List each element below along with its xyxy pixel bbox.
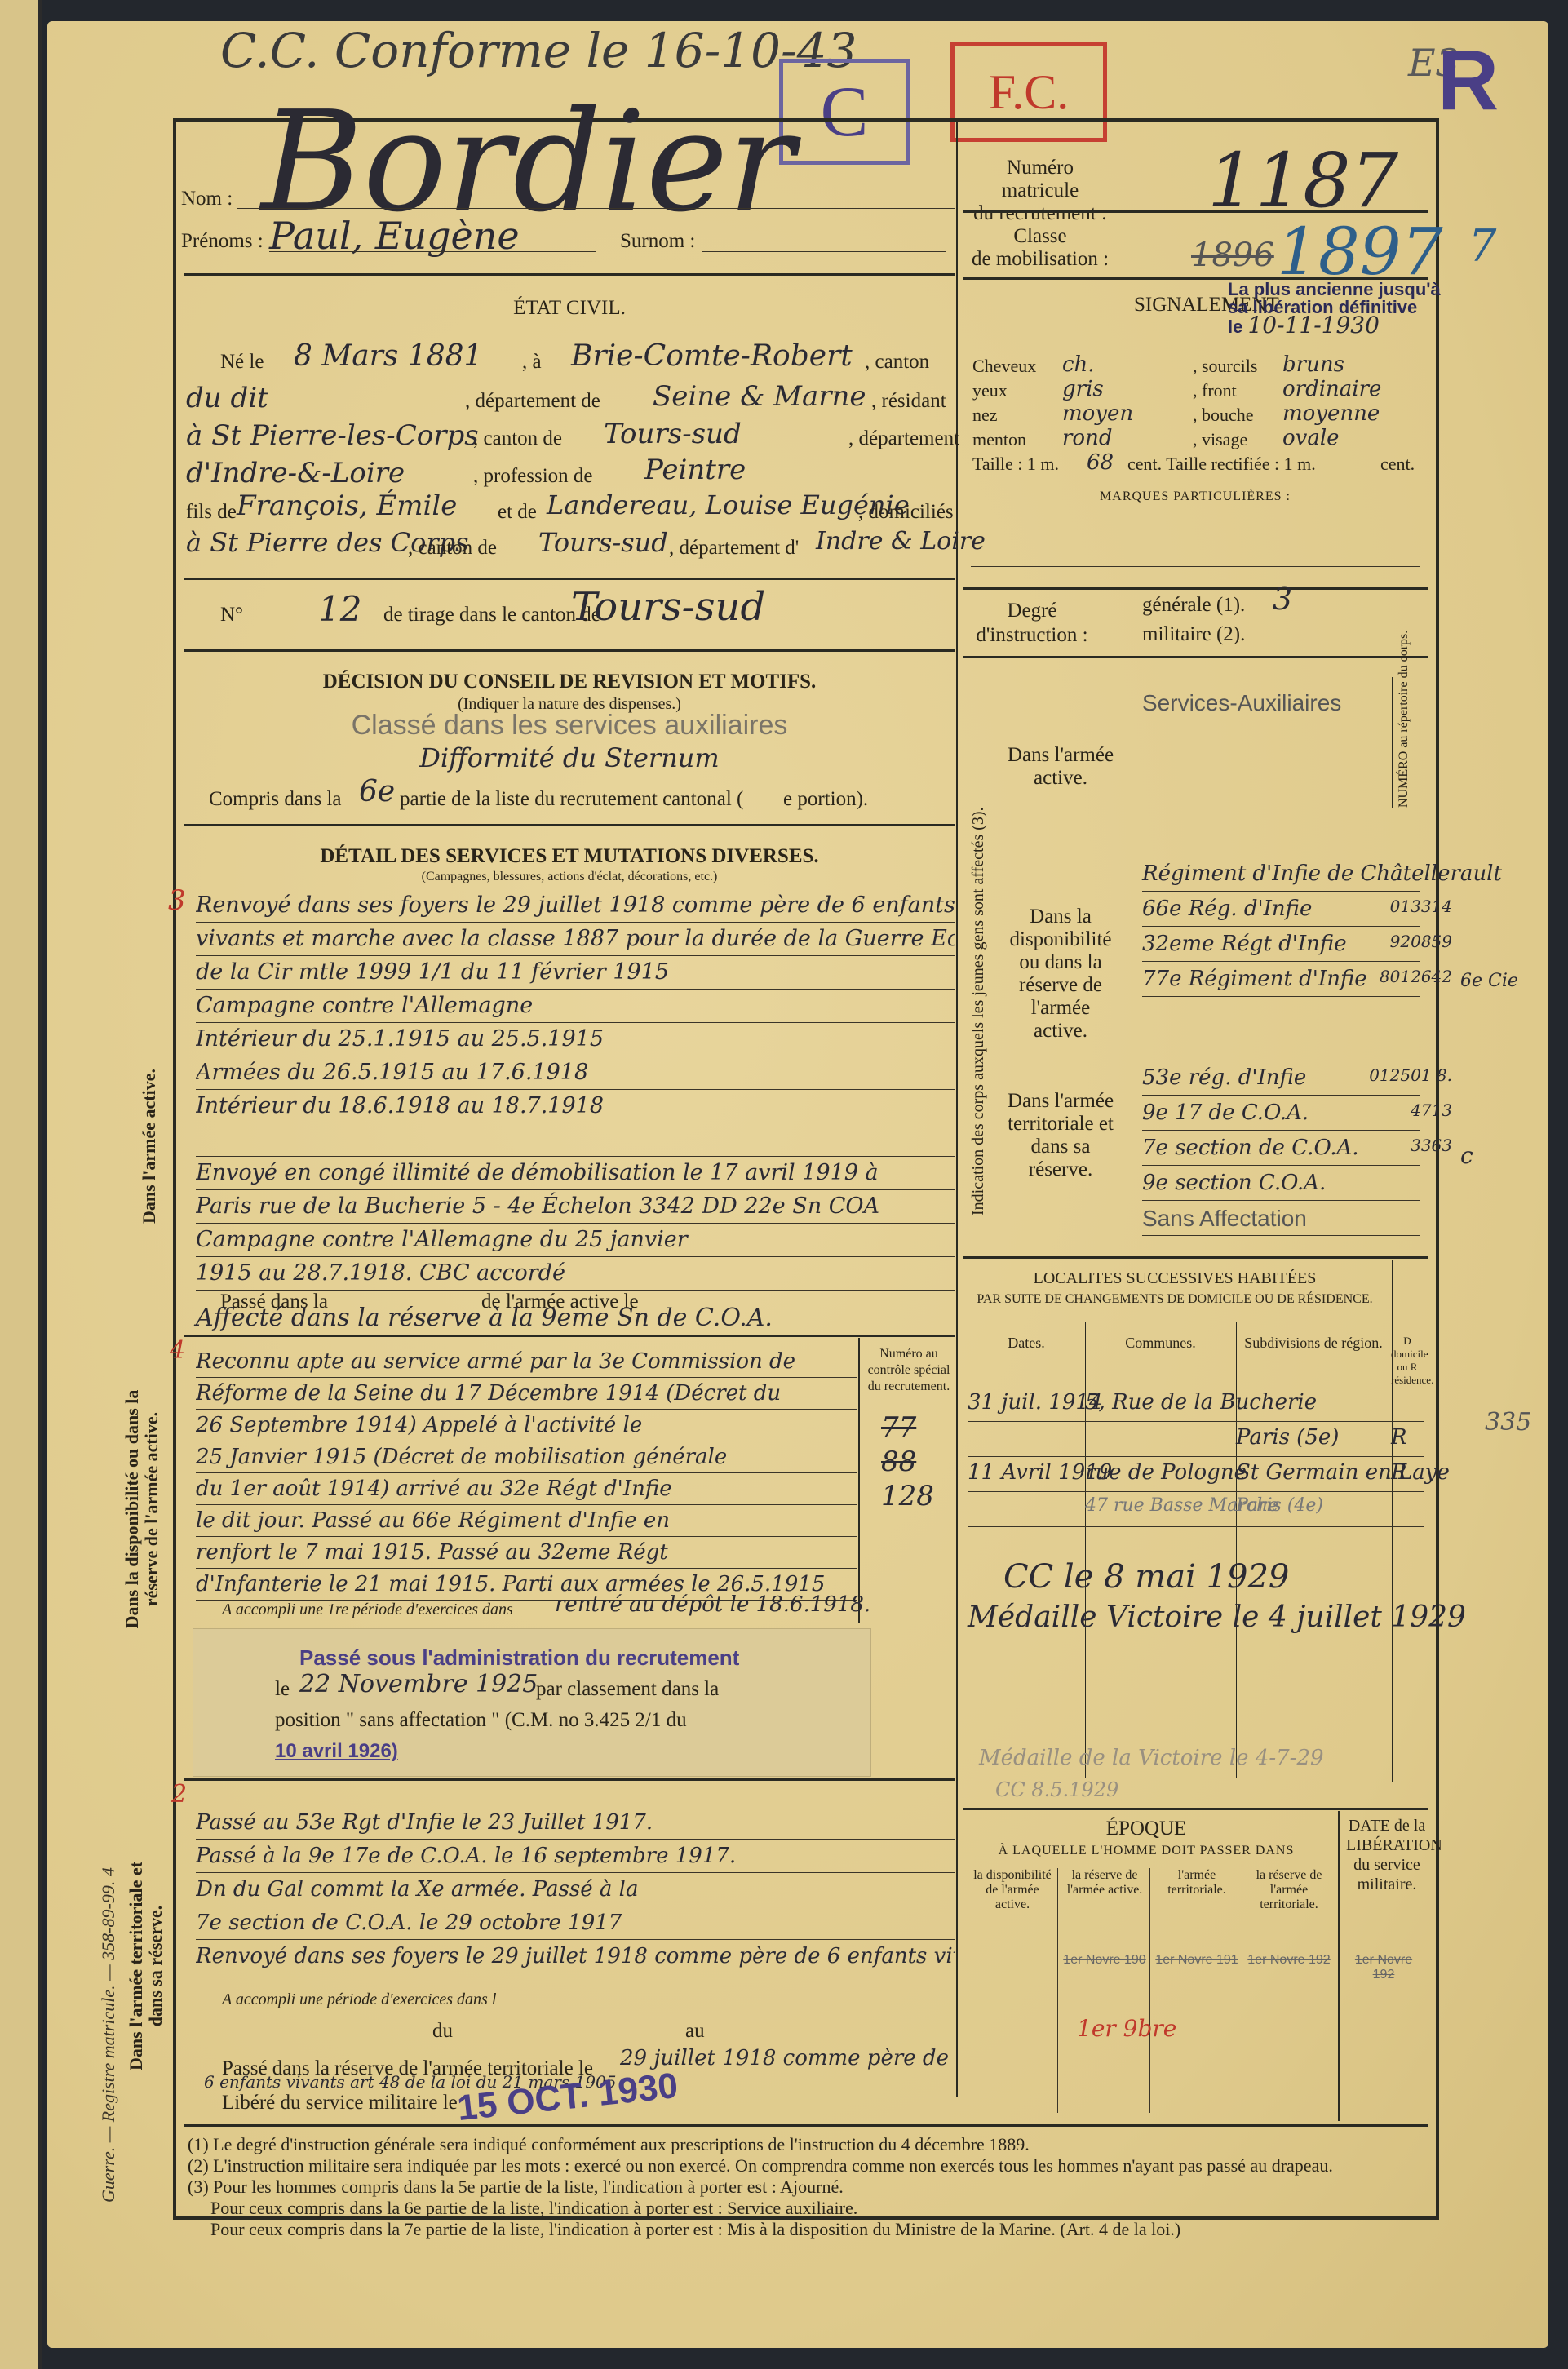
service-line: Campagne contre l'Allemagne (196, 990, 955, 1023)
faint-medal-note: Médaille de la Victoire le 4-7-29 (979, 1746, 1324, 1770)
signalement-value: rond (1062, 426, 1112, 450)
signalement-value: moyen (1062, 401, 1133, 426)
corps-territorial-margin-note: c (1460, 1142, 1473, 1169)
profession-label: , profession de (473, 465, 593, 488)
instruction-label-1: Degré (971, 599, 1093, 623)
footnote: Pour ceux compris dans la 7e partie de l… (188, 2219, 1420, 2240)
stamp-r: R (1437, 33, 1499, 130)
corps-entry-text: Services-Auxiliaires (1142, 690, 1341, 716)
canton-label: , canton (865, 351, 929, 374)
service-line: Envoyé en congé illimité de démobilisati… (196, 1157, 955, 1190)
localities-cell: 31 juil. 1914 (968, 1390, 1085, 1415)
localities-row: 31 juil. 19145, Rue de la Bucherie (968, 1387, 1424, 1422)
corps-reserve-label: Dans la disponibilité ou dans la réserve… (1003, 906, 1118, 1043)
cc-line: CC le 8 mai 1929 (1003, 1558, 1289, 1596)
signalement-label: , visage (1193, 429, 1247, 450)
localities-row: 47 rue Basse MarcheParis (4e) (968, 1492, 1424, 1527)
corps-entry-text: 66e Rég. d'Infie (1142, 897, 1312, 921)
territorial-service-lines: Passé au 53e Rgt d'Infie le 23 Juillet 1… (196, 1806, 955, 1973)
corps-entry: Services-Auxiliaires (1142, 685, 1387, 720)
service-line: Paris rue de la Bucherie 5 - 4e Échelon … (196, 1190, 955, 1224)
from-label: du (432, 2020, 453, 2043)
reserve-service-lines: Reconnu apte au service armé par la 3e C… (196, 1346, 857, 1601)
epoch-struck-date: 1er Novre 190 (1060, 1953, 1149, 1968)
corps-side-label: Indication des corps auxquels les jeunes… (969, 807, 988, 1215)
service-line: 26 Septembre 1914) Appelé à l'activité l… (196, 1410, 857, 1441)
distinguishing-marks-label: MARQUES PARTICULIÈRES : (963, 489, 1428, 504)
signalement-value: gris (1062, 377, 1104, 401)
margin-imprint: Guerre. — Registre matricule. — 358-89-9… (98, 1867, 119, 2203)
territorial-exercise-label: A accompli une période d'exercices dans … (222, 1990, 496, 2009)
localities-cell: St Germain en Laye (1236, 1460, 1391, 1485)
slip-line-1: Passé sous l'administration du recruteme… (299, 1645, 739, 1671)
height-value: 68 (1087, 450, 1114, 475)
services-title: DÉTAIL DES SERVICES ET MUTATIONS DIVERSE… (184, 845, 955, 868)
epoch-struck-date: 1er Novre 192 (1244, 1953, 1334, 1968)
corps-active-entries: Services-Auxiliaires (1142, 685, 1387, 720)
localities-row: Paris (5e)R (968, 1422, 1424, 1457)
cent-label: cent. (1380, 454, 1415, 475)
department-label: , département de (465, 390, 600, 413)
signalement-label: , bouche (1193, 405, 1254, 426)
medal-line: Médaille Victoire le 4 juillet 1929 (968, 1601, 1466, 1634)
service-line: Campagne contre l'Allemagne du 25 janvie… (196, 1224, 955, 1257)
corps-entry: 53e rég. d'Infie012501 8. (1142, 1061, 1420, 1096)
localities-cell: Paris (5e) (1236, 1425, 1391, 1450)
localities-cell: R (1391, 1425, 1424, 1450)
decision-motive: Difformité du Sternum (184, 742, 955, 773)
draw-number-value: 12 (318, 589, 361, 629)
parents-department-label: , département d' (669, 537, 799, 560)
firstnames-label: Prénoms : (181, 230, 264, 253)
column-divider (956, 122, 958, 2097)
corps-entry: 32eme Régt d'Infie920859 (1142, 927, 1420, 962)
height-label: Taille : 1 m. (972, 454, 1059, 475)
active-service-lines: Renvoyé dans ses foyers le 29 juillet 19… (196, 889, 955, 1291)
slip-date: 22 Novembre 1925 (299, 1670, 538, 1698)
service-line: du 1er août 1914) arrivé au 32e Régt d'I… (196, 1473, 857, 1505)
canton-value: du dit (186, 382, 268, 414)
signalement-value: ordinaire (1282, 377, 1381, 401)
epoch-column-header: l'armée territoriale. (1152, 1868, 1242, 1942)
service-line: Intérieur du 25.1.1915 au 25.5.1915 (196, 1023, 955, 1056)
corps-entry-text: 77e Régiment d'Infie (1142, 967, 1367, 991)
signalement-label: yeux (972, 380, 1008, 401)
signalement-row: mentonrond, visageovale (972, 426, 1421, 450)
corps-entry: Sans Affectation (1142, 1201, 1420, 1236)
residence-department-value: d'Indre-&-Loire (186, 457, 405, 489)
localities-row: 11 Avril 1919rue de PologneSt Germain en… (968, 1457, 1424, 1492)
residence-value: à St Pierre-les-Corps (186, 419, 479, 452)
domiciled-label: , domiciliés (858, 501, 954, 524)
service-line: Passé à la 9e 17e de C.O.A. le 16 septem… (196, 1840, 955, 1873)
residence-canton-value: Tours-sud (604, 418, 742, 450)
localities-column-header: D domicile ou R résidence. (1391, 1335, 1424, 1387)
service-line: le dit jour. Passé au 66e Régiment d'Inf… (196, 1505, 857, 1537)
surname-label: Nom : (181, 188, 233, 210)
corps-entry-number: 013314 (1390, 897, 1452, 916)
birthdate-value: 8 Mars 1881 (294, 339, 482, 373)
slip-line-4: 10 avril 1926) (275, 1740, 398, 1763)
territorial-section-marker: 2 (171, 1780, 187, 1809)
corps-active-label: Dans l'armée active. (1003, 744, 1118, 790)
parents-department-value: Indre & Loire (816, 527, 986, 556)
corps-reserve-entries: Régiment d'Infie de Châtellerault66e Rég… (1142, 857, 1420, 997)
epoch-column: la disponibilité de l'armée active. (968, 1868, 1058, 2113)
service-line: 7e section de C.O.A. le 29 octobre 1917 (196, 1906, 955, 1940)
footnote: (2) L'instruction militaire sera indiqué… (188, 2155, 1420, 2176)
birthplace-value: Brie-Comte-Robert (571, 339, 853, 373)
corps-entry: 66e Rég. d'Infie013314 (1142, 892, 1420, 927)
matricule-label-2: du recrutement : (967, 202, 1114, 225)
liberation-date-header: DATE de la LIBÉRATION du service militai… (1346, 1816, 1428, 1894)
signalement-label: , front (1193, 380, 1237, 401)
corps-entry-number: 920859 (1390, 932, 1452, 951)
liberation-stamp-date: 10-11-1930 (1247, 312, 1379, 339)
classe-margin-note: 7 (1468, 220, 1496, 272)
epoch-subtitle: À LAQUELLE L'HOMME DOIT PASSER DANS (963, 1844, 1330, 1858)
service-line: Armées du 26.5.1915 au 17.6.1918 (196, 1056, 955, 1090)
localities-cell: rue de Pologne (1085, 1460, 1236, 1485)
service-line: Réforme de la Seine du 17 Décembre 1914 … (196, 1378, 857, 1410)
military-instruction-label: militaire (2). (1142, 623, 1245, 646)
portion-suffix: e portion). (783, 788, 868, 811)
classe-label-2: de mobilisation : (967, 248, 1114, 271)
draw-number-label: N° (220, 604, 243, 627)
signalement-value: ch. (1062, 352, 1095, 377)
epoch-struck-date: 1er Novre 191 (1152, 1953, 1242, 1968)
service-line: Intérieur du 18.6.1918 au 18.7.1918 (196, 1090, 955, 1123)
slip-line-3: position " sans affectation " (C.M. no 3… (275, 1709, 687, 1732)
signalement-value: moyenne (1282, 401, 1380, 426)
signalement-row: yeuxgris, frontordinaire (972, 377, 1421, 401)
height-suffix: cent. Taille rectifiée : 1 m. (1127, 454, 1316, 475)
corps-entry-text: Régiment d'Infie de Châtellerault (1142, 861, 1502, 886)
corps-entry-text: 9e section C.O.A. (1142, 1171, 1326, 1195)
list-part-label: Compris dans la (209, 788, 342, 811)
signalement-label: menton (972, 429, 1026, 450)
mother-label: et de (498, 501, 537, 524)
parents-canton-label: , canton de (408, 537, 497, 560)
affected-reserve-line: Affecté dans la réserve à la 9eme Sn de … (196, 1304, 773, 1332)
list-part-value: 6e (359, 775, 395, 808)
control-number-values: 7788128 (881, 1411, 955, 1514)
corps-entry: 9e section C.O.A. (1142, 1166, 1420, 1201)
instruction-label-2: d'instruction : (971, 623, 1093, 648)
service-line: Passé au 53e Rgt d'Infie le 23 Juillet 1… (196, 1806, 955, 1840)
conformity-note: C.C. Conforme le 16-10-43 (220, 23, 857, 78)
service-line: vivants et marche avec la classe 1887 po… (196, 923, 955, 956)
control-number: 88 (881, 1446, 955, 1480)
service-line: de la Cir mtle 1999 1/1 du 11 février 19… (196, 956, 955, 990)
list-part-suffix: partie de la liste du recrutement canton… (400, 788, 743, 811)
residing-label: , résidant (871, 390, 946, 413)
localities-cell: 5, Rue de la Bucherie (1085, 1390, 1236, 1415)
corps-entry: 7e section de C.O.A.3363 (1142, 1131, 1420, 1166)
footnotes: (1) Le degré d'instruction générale sera… (188, 2134, 1420, 2240)
repertoire-number-label: NUMÉRO au répertoire du corps. (1397, 631, 1411, 808)
classe-label-1: Classe (967, 225, 1114, 248)
height-row: Taille : 1 m.68cent. Taille rectifiée : … (972, 450, 1421, 475)
general-instruction-label: générale (1). (1142, 594, 1245, 617)
signalement-row: nezmoyen, bouchemoyenne (972, 401, 1421, 426)
father-label: fils de (186, 501, 237, 524)
stamp-fc-text: F.C. (989, 64, 1070, 121)
slip-le-label: le (275, 1678, 290, 1701)
corps-entry: 9e 17 de C.O.A.4713 (1142, 1096, 1420, 1131)
corps-entry-text: 9e 17 de C.O.A. (1142, 1100, 1309, 1125)
service-line: 1915 au 28.7.1918. CBC accordé (196, 1257, 955, 1291)
corps-entry-number: 8012642 (1380, 967, 1452, 986)
liberation-stamp: La plus ancienne jusqu'à sa libération d… (1228, 281, 1441, 336)
exercise-period-value: rentré au dépôt le 18.6.1918. (555, 1592, 870, 1617)
signalement-label: nez (972, 405, 998, 426)
corps-reserve-margin-note: 6e Cie (1460, 971, 1518, 991)
etat-civil-title: ÉTAT CIVIL. (184, 297, 955, 320)
localities-cell: 47 rue Basse Marche (1085, 1495, 1236, 1516)
localities-cell: 11 Avril 1919 (968, 1460, 1085, 1485)
localities-cell: Paris (4e) (1236, 1495, 1391, 1516)
matricule-label-1: Numéro matricule (967, 157, 1114, 202)
corps-territorial-label: Dans l'armée territoriale et dans sa rés… (1003, 1090, 1118, 1181)
epoch-title: ÉPOQUE (963, 1818, 1330, 1840)
liberation-stamp-line-1: La plus ancienne jusqu'à (1228, 281, 1441, 299)
service-line: 25 Janvier 1915 (Décret de mobilisation … (196, 1441, 857, 1473)
signalement-label: Cheveux (972, 356, 1036, 377)
corps-entry-number: 012501 8. (1369, 1065, 1452, 1085)
localities-subtitle: PAR SUITE DE CHANGEMENTS DE DOMICILE OU … (963, 1292, 1387, 1307)
service-line: Renvoyé dans ses foyers le 29 juillet 19… (196, 1940, 955, 1973)
decision-stamp: Classé dans les services auxiliaires (184, 710, 955, 742)
to-label: au (685, 2020, 705, 2043)
reserve-section-marker: 4 (170, 1336, 185, 1365)
signalement-value: ovale (1282, 426, 1340, 450)
footnote: (1) Le degré d'instruction générale sera… (188, 2134, 1420, 2155)
territorial-side-label: Dans l'armée territoriale et dans sa rés… (126, 1844, 166, 2088)
epoch-column: l'armée territoriale.1er Novre 191 (1152, 1868, 1242, 2113)
localities-cell: R (1391, 1460, 1424, 1485)
footnote: (3) Pour les hommes compris dans la 5e p… (188, 2176, 1420, 2198)
epoch-column-header: la réserve de l'armée territoriale. (1244, 1868, 1334, 1942)
epoch-column: la réserve de l'armée territoriale.1er N… (1244, 1868, 1334, 2113)
faint-cc-note: CC 8.5.1929 (995, 1778, 1118, 1801)
localities-rows: 31 juil. 19145, Rue de la BucherieParis … (968, 1387, 1424, 1527)
localities-column-header: Subdivisions de région. (1236, 1335, 1391, 1352)
active-army-side-label: Dans l'armée active. (139, 1069, 160, 1224)
control-number: 77 (881, 1411, 955, 1446)
localities-title: LOCALITES SUCCESSIVES HABITÉES (963, 1269, 1387, 1288)
mother-value: Landereau, Louise Eugénie (547, 489, 910, 520)
localities-column-header: Communes. (1085, 1335, 1236, 1352)
epoch-struck-date: 1er Novre 192 (1343, 1953, 1424, 1982)
corps-entry-number: 3363 (1411, 1136, 1452, 1155)
birthdate-label: Né le (220, 351, 264, 374)
residence-department-label: , département (848, 427, 959, 450)
profession-value: Peintre (644, 454, 746, 486)
signalement-fields: Cheveuxch., sourcilsbrunsyeuxgris, front… (972, 352, 1421, 475)
signalement-row: Cheveuxch., sourcilsbruns (972, 352, 1421, 377)
corps-entry: 77e Régiment d'Infie8012642 (1142, 962, 1420, 997)
epoch-column: la réserve de l'armée active.1er Novre 1… (1060, 1868, 1150, 2113)
service-line: Reconnu apte au service armé par la 3e C… (196, 1346, 857, 1378)
corps-entry-text: 53e rég. d'Infie (1142, 1065, 1306, 1090)
service-line: Dn du Gal commt la Xe armée. Passé à la (196, 1873, 955, 1906)
signalement-label: , sourcils (1193, 356, 1257, 377)
corps-entry: Régiment d'Infie de Châtellerault (1142, 857, 1420, 892)
draw-canton-label: de tirage dans le canton de (383, 604, 600, 627)
matricule-label: Numéro matriculedu recrutement : (967, 157, 1114, 225)
classe-struck-value: 1896 (1191, 237, 1274, 274)
footnote: Pour ceux compris dans la 6e partie de l… (188, 2198, 1420, 2219)
localities-column-header: Dates. (968, 1335, 1085, 1352)
pasted-administration-slip: Passé sous l'administration du recruteme… (193, 1628, 871, 1777)
liberation-stamp-prefix: le (1228, 317, 1242, 337)
general-instruction-value: 3 (1273, 581, 1292, 617)
corps-territorial-entries: 53e rég. d'Infie012501 8.9e 17 de C.O.A.… (1142, 1061, 1420, 1236)
epoch-column-header: la réserve de l'armée active. (1060, 1868, 1149, 1942)
decision-title: DÉCISION DU CONSEIL DE REVISION ET MOTIF… (184, 671, 955, 693)
parents-canton-value: Tours-sud (538, 527, 668, 558)
discharge-label: Libéré du service militaire le (222, 2092, 458, 2114)
epoch-column-header: la disponibilité de l'armée active. (968, 1868, 1057, 1942)
corps-entry-text: 7e section de C.O.A. (1142, 1136, 1359, 1160)
services-subtitle: (Campagnes, blessures, actions d'éclat, … (184, 870, 955, 884)
corps-entry-text: Sans Affectation (1142, 1206, 1307, 1232)
localities-margin-number: 335 (1485, 1408, 1531, 1437)
father-value: François, Émile (237, 489, 457, 522)
classe-label: Classede mobilisation : (967, 225, 1114, 271)
slip-line-2-suffix: par classement dans la (536, 1678, 719, 1701)
corps-entry-number: 4713 (1411, 1100, 1452, 1120)
exercise-period-label: A accompli une 1re période d'exercices d… (222, 1601, 513, 1619)
signalement-value: bruns (1282, 352, 1344, 377)
control-number-label: Numéro au contrôle spécial du recrutemen… (863, 1346, 955, 1395)
control-number: 128 (881, 1480, 955, 1514)
nickname-label: Surnom : (620, 230, 695, 253)
draw-canton-value: Tours-sud (571, 584, 765, 630)
active-section-marker: 3 (168, 884, 186, 917)
corps-entry-text: 32eme Régt d'Infie (1142, 932, 1347, 956)
department-value: Seine & Marne (653, 380, 866, 413)
epoch-red-note: 1er 9bre (1077, 2015, 1176, 2042)
adjacent-page-edge (0, 0, 42, 2369)
service-line: Renvoyé dans ses foyers le 29 juillet 19… (196, 889, 955, 923)
reserve-side-label: Dans la disponibilité ou dans la réserve… (122, 1375, 162, 1644)
service-line (196, 1123, 955, 1157)
residence-canton-label: , canton de (473, 427, 562, 450)
instruction-label: Degréd'instruction : (971, 599, 1093, 648)
birthplace-label: , à (522, 351, 542, 374)
service-line: renfort le 7 mai 1915. Passé au 32eme Ré… (196, 1537, 857, 1569)
